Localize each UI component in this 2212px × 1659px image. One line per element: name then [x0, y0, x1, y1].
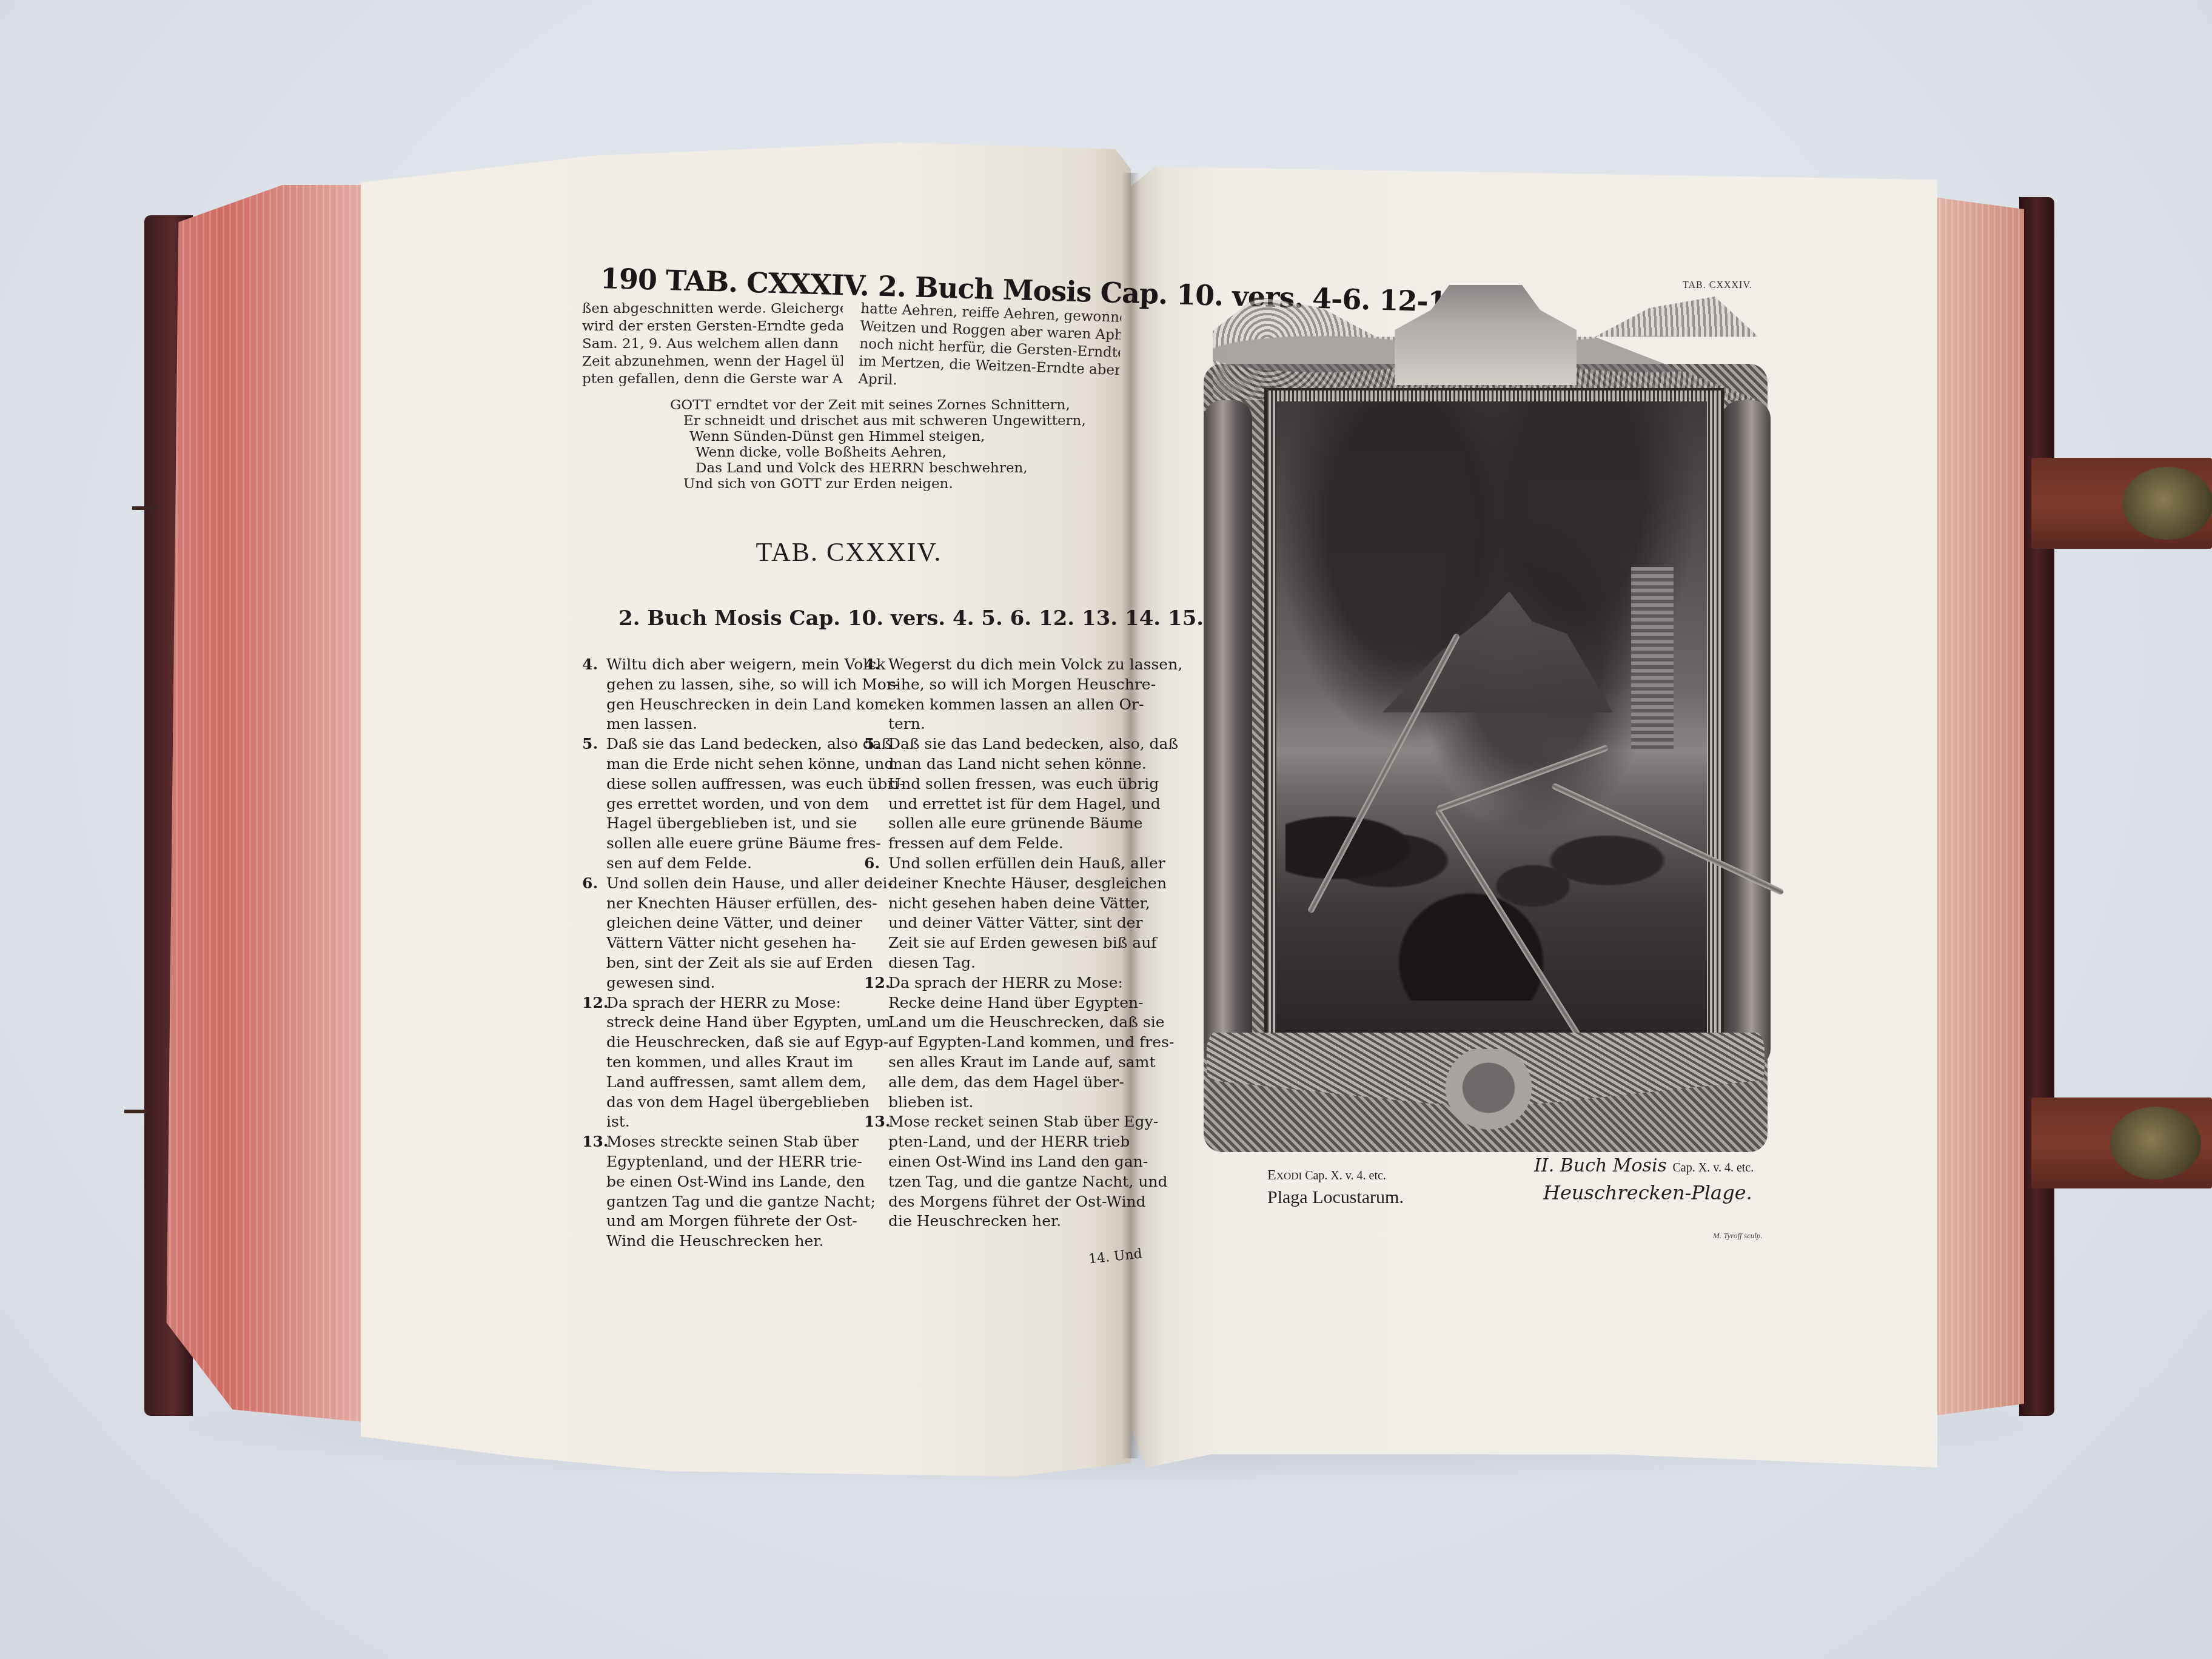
verse-line: Daß sie das Land bedecken, also, daß [888, 734, 1178, 754]
verse-number: 12. [582, 993, 606, 1133]
section-subtitle: 2. Buch Mosis Cap. 10. vers. 4. 5. 6. 12… [618, 606, 1140, 631]
verse-line: pten-Land, und der HERR trieb [888, 1132, 1168, 1152]
verse-line: ist. [606, 1112, 891, 1132]
verse-text: Daß sie das Land bedecken, also, daßman … [888, 734, 1178, 854]
verse-line: Vättern Vätter nicht gesehen ha- [606, 933, 893, 953]
verse-number: 13. [582, 1132, 606, 1252]
poem-line: Das Land und Volck des HERRN beschwehren… [695, 460, 1094, 476]
verse-column-2: 4.Wegerst du dich mein Volck zu lassen,s… [864, 655, 1134, 1252]
verse-line: Egyptenland, und der HERR trie- [606, 1152, 876, 1172]
verse-number: 6. [864, 854, 888, 973]
caption-book: II. Buch Mosis [1534, 1155, 1667, 1176]
section-title: TAB. CXXXIV. [679, 537, 1019, 568]
verse-line: die Heuschrecken her. [888, 1212, 1168, 1232]
verse-line: tern. [888, 714, 1182, 734]
verse-text: Mose recket seinen Stab über Egy-pten-La… [888, 1112, 1168, 1232]
verse-text: Da sprach der HERR zu Mose:streck deine … [606, 993, 891, 1133]
verse-line: Und sollen erfüllen dein Hauß, aller [888, 854, 1167, 874]
verse-number: 6. [582, 874, 606, 993]
frame-pilaster-right [1722, 400, 1771, 1067]
caption-latin-reference: Exodi Cap. X. v. 4. etc. [1267, 1167, 1386, 1184]
verse-line: cken kommen lassen an allen Or- [888, 695, 1182, 715]
commentary-column-right: hatte Aehren, reiffe Aehren, gewonnen: d… [858, 300, 1122, 397]
scripture-verses: 4.Wiltu dich aber weigern, mein Volckgeh… [582, 655, 1134, 1252]
verse-number: 12. [864, 973, 888, 1113]
verse-line: die Heuschrecken, daß sie auf Egyp- [606, 1033, 891, 1053]
verse-line: deiner Knechte Häuser, desgleichen [888, 874, 1167, 894]
verse: 12.Da sprach der HERR zu Mose:Recke dein… [864, 973, 1134, 1113]
verse-text: Wegerst du dich mein Volck zu lassen,sih… [888, 655, 1182, 734]
verse-text: Da sprach der HERR zu Mose:Recke deine H… [888, 973, 1174, 1113]
verse-number: 13. [864, 1112, 888, 1232]
verse-line: Daß sie das Land bedecken, also daß [606, 734, 905, 754]
verse: 5.Daß sie das Land bedecken, also, daßma… [864, 734, 1134, 854]
verse: 5.Daß sie das Land bedecken, also daßman… [582, 734, 852, 874]
verse-line: ben, sint der Zeit als sie auf Erden [606, 953, 893, 973]
verse-line: einen Ost-Wind ins Land den gan- [888, 1152, 1168, 1172]
verse-line: gewesen sind. [606, 973, 893, 993]
verse-number: 4. [582, 655, 606, 734]
verse-line: Da sprach der HERR zu Mose: [888, 973, 1174, 993]
verse-line: nicht gesehen haben deine Vätter, [888, 894, 1167, 914]
verse-line: fressen auf dem Felde. [888, 834, 1178, 854]
verse-line: gantzen Tag und die gantze Nacht; [606, 1192, 876, 1212]
brass-clasp-icon [2122, 467, 2212, 540]
verse-line: das von dem Hagel übergeblieben [606, 1093, 891, 1113]
poem-line: Wenn Sünden-Dünst gen Himmel steigen, [689, 429, 1094, 444]
verse-line: sollen alle euere grüne Bäume fres- [606, 834, 905, 854]
illustration-tower [1631, 567, 1674, 749]
verse-number: 5. [864, 734, 888, 854]
verse-line: gen Heuschrecken in dein Land kom- [606, 695, 899, 715]
verse-line: Wiltu dich aber weigern, mein Volck [606, 655, 899, 675]
verse-line: sihe, so will ich Morgen Heuschre- [888, 675, 1182, 695]
verse-line: des Morgens führet der Ost-Wind [888, 1192, 1168, 1212]
verse-line: Da sprach der HERR zu Mose: [606, 993, 891, 1013]
verse-line: be einen Ost-Wind ins Lande, den [606, 1172, 876, 1192]
caption-chapter: Cap. X. v. 4. etc. [1673, 1161, 1754, 1175]
caption-chapter: Cap. X. v. 4. etc. [1305, 1169, 1386, 1182]
verse: 13.Moses streckte seinen Stab überEgypte… [582, 1132, 852, 1252]
illustration-figures [1285, 746, 1698, 1000]
verse-line: Moses streckte seinen Stab über [606, 1132, 876, 1152]
shell-cartouche-ornament [1428, 1049, 1549, 1146]
plate-number: TAB. CXXXIV. [1683, 280, 1752, 291]
engraver-signature: M. Tyroff sculp. [1713, 1231, 1763, 1241]
verse-text: Wiltu dich aber weigern, mein Volckgehen… [606, 655, 899, 734]
poem-line: GOTT erndtet vor der Zeit mit seines Zor… [670, 397, 1094, 413]
text-line: Sam. 21, 9. Aus welchem allen dann die [582, 335, 843, 353]
page-block-edge-right [1933, 197, 2024, 1416]
verse: 4.Wegerst du dich mein Volck zu lassen,s… [864, 655, 1134, 734]
poem-line: Und sich von GOTT zur Erden neigen. [683, 476, 1094, 492]
poem-stanza: GOTT erndtet vor der Zeit mit seines Zor… [670, 397, 1094, 492]
verse: 13.Mose recket seinen Stab über Egy-pten… [864, 1112, 1134, 1232]
verse-line: sen auf dem Felde. [606, 854, 905, 874]
verse-column-1: 4.Wiltu dich aber weigern, mein Volckgeh… [582, 655, 852, 1252]
verse-line: alle dem, das dem Hagel über- [888, 1073, 1174, 1093]
verse-line: Hagel übergeblieben ist, und sie [606, 814, 905, 834]
verse-line: blieben ist. [888, 1093, 1174, 1113]
verse-number: 4. [864, 655, 888, 734]
poem-line: Er schneidt und drischet aus mit schwere… [683, 413, 1094, 429]
verse-line: und am Morgen führete der Ost- [606, 1212, 876, 1232]
caption-latin-title: Plaga Locustarum. [1267, 1187, 1404, 1208]
text-line: Zeit abzunehmen, wenn der Hagel über Egy… [582, 353, 843, 370]
verse-line: Mose recket seinen Stab über Egy- [888, 1112, 1168, 1132]
frame-pilaster-left [1204, 400, 1252, 1067]
verse-text: Und sollen erfüllen dein Hauß, allerdein… [888, 854, 1167, 973]
caption-german-title: Heuschrecken-Plage. [1543, 1181, 1752, 1204]
verse-line: sen alles Kraut im Lande auf, samt [888, 1053, 1174, 1073]
verse-line: diese sollen auffressen, was euch übri- [606, 774, 905, 794]
verse-line: ges errettet worden, und von dem [606, 794, 905, 814]
verse-line: gleichen deine Vätter, und deiner [606, 913, 893, 933]
verse-line: men lassen. [606, 714, 899, 734]
caption-book: Exodi [1267, 1167, 1302, 1183]
verse: 6.Und sollen dein Hause, und aller dei-n… [582, 874, 852, 993]
cover-tie-bottom [124, 1110, 149, 1113]
verse-line: auf Egypten-Land kommen, und fres- [888, 1033, 1174, 1053]
verse-line: streck deine Hand über Egypten, um [606, 1013, 891, 1033]
verse-line: Land um die Heuschrecken, daß sie [888, 1013, 1174, 1033]
brass-clasp-icon [2110, 1107, 2201, 1179]
text-line: wird der ersten Gersten-Erndte gedacht, … [582, 318, 843, 335]
text-line: ßen abgeschnitten werde. Gleichergestalt… [582, 300, 843, 318]
verse-line: Und sollen dein Hause, und aller dei- [606, 874, 893, 894]
verse-line: gehen zu lassen, sihe, so will ich Mor- [606, 675, 899, 695]
verse-line: Land auffressen, samt allem dem, [606, 1073, 891, 1093]
cover-tie-top [132, 506, 156, 510]
verse-line: und errettet ist für dem Hagel, und [888, 794, 1178, 814]
verse-line: sollen alle eure grünende Bäume [888, 814, 1178, 834]
verse-line: und deiner Vätter Vätter, sint der [888, 913, 1167, 933]
verse-line: Wind die Heuschrecken her. [606, 1232, 876, 1252]
verse-text: Und sollen dein Hause, und aller dei-ner… [606, 874, 893, 993]
verse: 12.Da sprach der HERR zu Mose:streck dei… [582, 993, 852, 1133]
caption-german-reference: II. Buch Mosis Cap. X. v. 4. etc. [1534, 1155, 1754, 1176]
verse-line: Zeit sie auf Erden gewesen biß auf [888, 933, 1167, 953]
verse-line: ten kommen, und alles Kraut im [606, 1053, 891, 1073]
verse-line: tzen Tag, und die gantze Nacht, und [888, 1172, 1168, 1192]
verse-line: ner Knechten Häuser erfüllen, des- [606, 894, 893, 914]
verse: 4.Wiltu dich aber weigern, mein Volckgeh… [582, 655, 852, 734]
poem-line: Wenn dicke, volle Boßheits Aehren, [695, 444, 1094, 460]
verse-line: man das Land nicht sehen könne. [888, 754, 1178, 774]
verse-text: Daß sie das Land bedecken, also daßman d… [606, 734, 905, 874]
commentary-column-left: ßen abgeschnitten werde. Gleichergestalt… [582, 300, 843, 388]
book-cover-right [2019, 197, 2054, 1416]
page-block-edge-left [163, 185, 363, 1422]
verse-line: man die Erde nicht sehen könne, und [606, 754, 905, 774]
verse-text: Moses streckte seinen Stab überEgyptenla… [606, 1132, 876, 1252]
text-line: pten gefallen, denn die Gerste war Abib,… [582, 370, 843, 388]
verse-line: Und sollen fressen, was euch übrig [888, 774, 1178, 794]
continued-commentary: ßen abgeschnitten werde. Gleichergestalt… [582, 300, 1128, 388]
verse-line: diesen Tag. [888, 953, 1167, 973]
verse: 6.Und sollen erfüllen dein Hauß, allerde… [864, 854, 1134, 973]
verse-line: Recke deine Hand über Egypten- [888, 993, 1174, 1013]
verse-number: 5. [582, 734, 606, 874]
verse-line: Wegerst du dich mein Volck zu lassen, [888, 655, 1182, 675]
